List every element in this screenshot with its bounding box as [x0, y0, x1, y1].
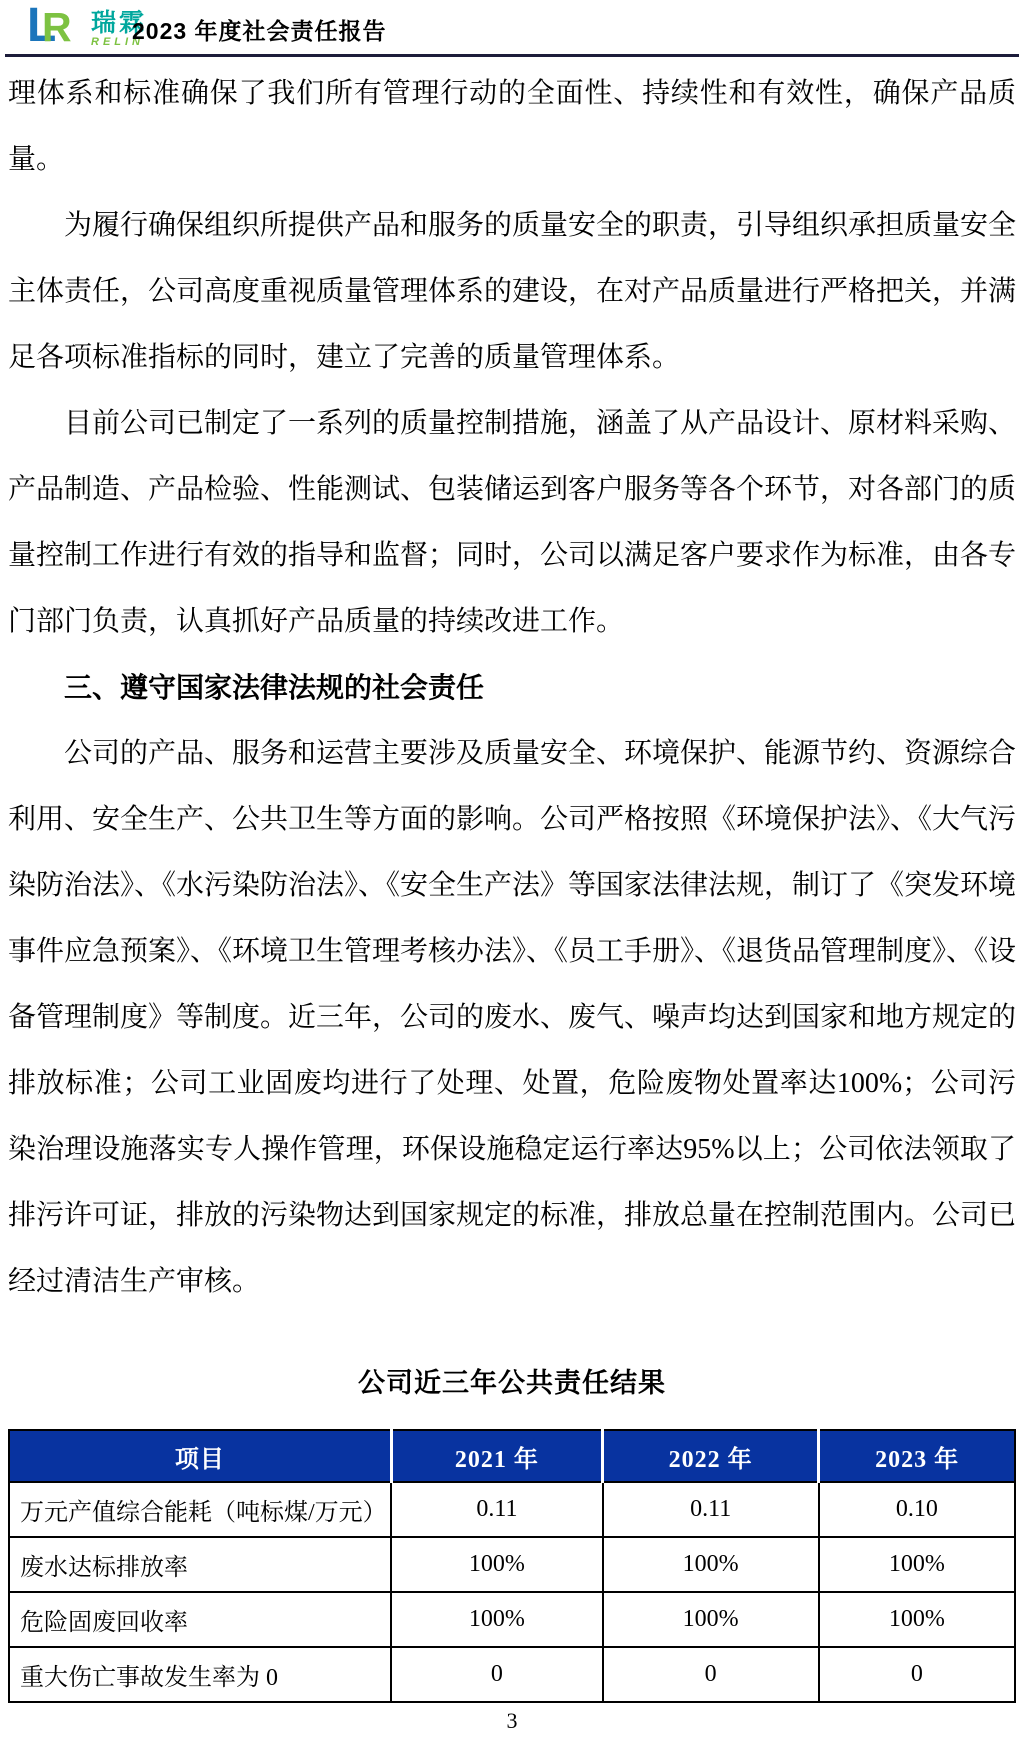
company-logo: L R 瑞霖 RELIN [27, 6, 147, 52]
cell-value: 0.11 [391, 1482, 602, 1537]
row-label-energy-consumption: 万元产值综合能耗（吨标煤/万元） [9, 1482, 391, 1537]
table-row: 重大伤亡事故发生率为 0 0 0 0 [9, 1647, 1015, 1702]
cell-value: 100% [603, 1537, 819, 1592]
report-title: 2023 年度社会责任报告 [132, 13, 387, 46]
public-responsibility-table: 项目 2021 年 2022 年 2023 年 万元产值综合能耗（吨标煤/万元）… [8, 1429, 1016, 1703]
column-header-item: 项目 [9, 1430, 391, 1482]
page-number: 3 [0, 1708, 1024, 1734]
table-row: 万元产值综合能耗（吨标煤/万元） 0.11 0.11 0.10 [9, 1482, 1015, 1537]
cell-value: 0.10 [819, 1482, 1015, 1537]
cell-value: 0.11 [603, 1482, 819, 1537]
table-row: 危险固废回收率 100% 100% 100% [9, 1592, 1015, 1647]
table-title: 公司近三年公共责任结果 [0, 1363, 1024, 1403]
paragraph-continuation: 理体系和标准确保了我们所有管理行动的全面性、持续性和有效性，确保产品质量。 [8, 61, 1016, 193]
row-label-wastewater-compliance: 废水达标排放率 [9, 1537, 391, 1592]
table-header-row: 项目 2021 年 2022 年 2023 年 [9, 1430, 1015, 1482]
paragraph-compliance: 公司的产品、服务和运营主要涉及质量安全、环境保护、能源节约、资源综合利用、安全生… [8, 721, 1016, 1315]
paragraph-quality-control: 目前公司已制定了一系列的质量控制措施，涵盖了从产品设计、原材料采购、产品制造、产… [8, 391, 1016, 655]
column-header-2022: 2022 年 [603, 1430, 819, 1482]
row-label-hazardous-waste-recovery: 危险固废回收率 [9, 1592, 391, 1647]
row-label-major-casualty-rate: 重大伤亡事故发生率为 0 [9, 1647, 391, 1702]
logo-lr-mark-icon: L R [27, 6, 83, 52]
paragraph-quality-duty: 为履行确保组织所提供产品和服务的质量安全的职责，引导组织承担质量安全主体责任，公… [8, 193, 1016, 391]
document-body: 理体系和标准确保了我们所有管理行动的全面性、持续性和有效性，确保产品质量。 为履… [0, 57, 1024, 1315]
cell-value: 100% [819, 1592, 1015, 1647]
cell-value: 0 [603, 1647, 819, 1702]
report-page: L R 瑞霖 RELIN 2023 年度社会责任报告 理体系和标准确保了我们所有… [0, 0, 1024, 1746]
cell-value: 100% [391, 1592, 602, 1647]
cell-value: 0 [391, 1647, 602, 1702]
cell-value: 0 [819, 1647, 1015, 1702]
column-header-2021: 2021 年 [391, 1430, 602, 1482]
cell-value: 100% [603, 1592, 819, 1647]
section-heading-legal-responsibility: 三、遵守国家法律法规的社会责任 [8, 655, 1016, 721]
cell-value: 100% [391, 1537, 602, 1592]
column-header-2023: 2023 年 [819, 1430, 1015, 1482]
page-header: L R 瑞霖 RELIN 2023 年度社会责任报告 [5, 0, 1019, 57]
cell-value: 100% [819, 1537, 1015, 1592]
table-row: 废水达标排放率 100% 100% 100% [9, 1537, 1015, 1592]
logo-letter-r: R [42, 7, 72, 48]
